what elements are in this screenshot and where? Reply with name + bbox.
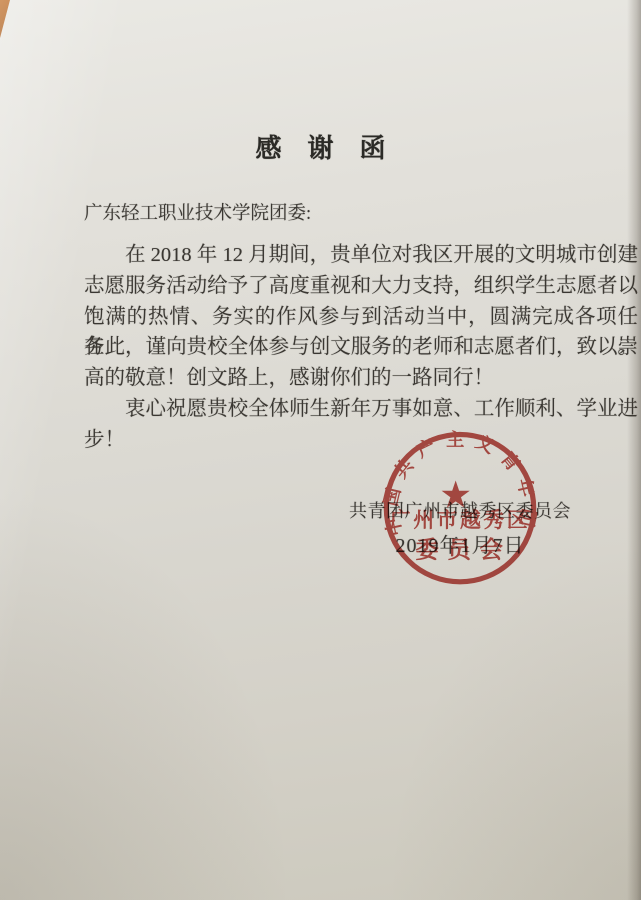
stamp-committee-text: 委员会	[415, 536, 511, 563]
body-line: 在 2018 年 12 月期间，贵单位对我区开展的文明城市创建	[84, 240, 638, 271]
letter-body: 在 2018 年 12 月期间，贵单位对我区开展的文明城市创建 志愿服务活动给予…	[84, 240, 638, 456]
body-line: 高的敬意！创文路上，感谢你们的一路同行！	[84, 363, 638, 394]
body-line: 志愿服务活动给予了高度重视和大力支持，组织学生志愿者以	[84, 271, 638, 302]
body-line: 步！	[84, 425, 638, 456]
stamp-region-text: 广州市越秀区	[390, 508, 530, 532]
letter-photo: 感 谢 函 广东轻工职业技术学院团委: 在 2018 年 12 月期间，贵单位对…	[0, 0, 641, 900]
body-line: 衷心祝愿贵校全体师生新年万事如意、工作顺利、学业进	[84, 394, 638, 425]
letter-title: 感 谢 函	[0, 132, 641, 164]
body-line: 饱满的热情、务实的作风参与到活动当中，圆满完成各项任务。	[84, 302, 638, 333]
table-corner	[0, 0, 10, 38]
red-star-icon	[442, 480, 470, 507]
salutation: 广东轻工职业技术学院团委:	[84, 201, 311, 228]
body-line: 在此，谨向贵校全体参与创文服务的老师和志愿者们，致以崇	[84, 332, 638, 363]
official-stamp: 中国共产主义青年团 广州市越秀区 委员会	[382, 430, 538, 588]
